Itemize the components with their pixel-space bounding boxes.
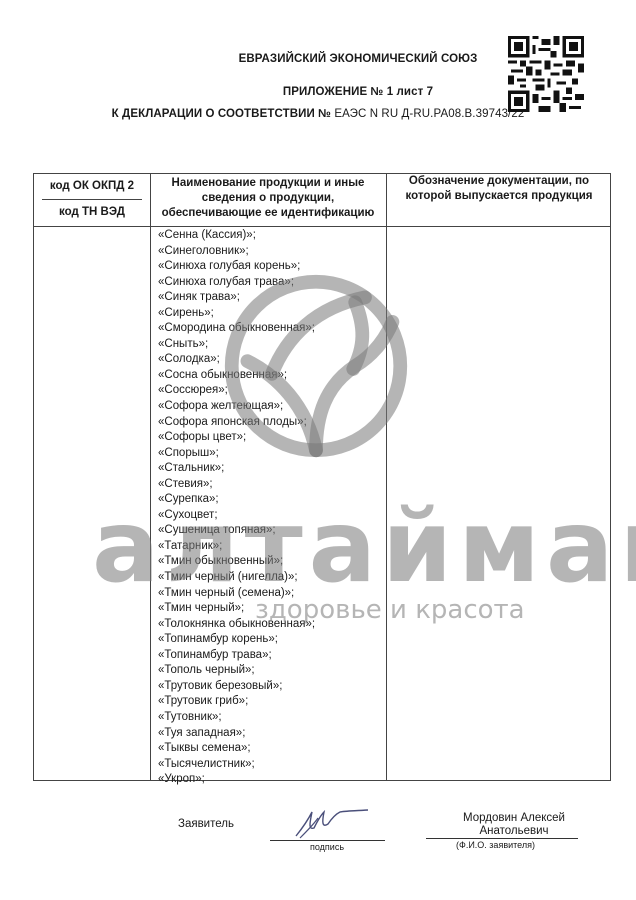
list-item: «Топинамбур корень»; [158,632,315,648]
signature-caption: подпись [310,842,344,852]
list-item: «Смородина обыкновенная»; [158,321,315,337]
product-table: код ОК ОКПД 2 код ТН ВЭД Наименование пр… [33,173,611,781]
list-item: «Синюха голубая корень»; [158,259,315,275]
signature-line [270,840,385,841]
list-item: «Синюха голубая трава»; [158,275,315,291]
list-item: «Софора желтеющая»; [158,399,315,415]
header-divider [34,226,610,227]
list-item: «Спорыш»; [158,446,315,462]
list-item: «Сухоцвет; [158,508,315,524]
list-item: «Укроп»; [158,772,315,788]
list-item: «Сурепка»; [158,492,315,508]
list-item: «Сушеница топяная»; [158,523,315,539]
list-item: «Туя западная»; [158,726,315,742]
signature-icon [292,806,372,840]
list-item: «Топинамбур трава»; [158,648,315,664]
list-item: «Тыквы семена»; [158,741,315,757]
list-item: «Синеголовник»; [158,244,315,260]
list-item: «Тмин обыкновенный»; [158,554,315,570]
column-divider [150,174,151,780]
list-item: «Тмин черный (семена)»; [158,586,315,602]
list-item: «Тысячелистник»; [158,757,315,773]
list-item: «Татарник»; [158,539,315,555]
list-item: «Стальник»; [158,461,315,477]
list-item: «Тутовник»; [158,710,315,726]
list-item: «Софора японская плоды»; [158,415,315,431]
qr-code-icon [508,36,584,112]
name-caption: (Ф.И.О. заявителя) [456,840,535,850]
col-product-header: Наименование продукции и иные сведения о… [154,176,382,221]
applicant-name-line1: Мордовин Алексей [440,812,588,825]
header-fraction-line [42,199,142,200]
list-item: «Тмин черный»; [158,601,315,617]
applicant-name: Мордовин Алексей Анатольевич [440,812,588,838]
declaration-prefix: К ДЕКЛАРАЦИИ О СООТВЕТСТВИИ № [112,108,331,120]
list-item: «Солодка»; [158,352,315,368]
applicant-label: Заявитель [178,818,234,830]
list-item: «Тополь черный»; [158,663,315,679]
name-line [426,838,578,839]
list-item: «Стевия»; [158,477,315,493]
list-item: «Трутовик березовый»; [158,679,315,695]
list-item: «Толокнянка обыкновенная»; [158,617,315,633]
declaration-number: ЕАЭС N RU Д-RU.РА08.В.39743/22 [334,108,524,120]
list-item: «Соссюрея»; [158,383,315,399]
list-item: «Сныть»; [158,337,315,353]
applicant-name-line2: Анатольевич [440,825,588,838]
list-item: «Трутовик гриб»; [158,694,315,710]
list-item: «Сенна (Кассия)»; [158,228,315,244]
list-item: «Сирень»; [158,306,315,322]
product-list: «Сенна (Кассия)»;«Синеголовник»;«Синюха … [158,228,315,788]
list-item: «Тмин черный (нигелла)»; [158,570,315,586]
list-item: «Софоры цвет»; [158,430,315,446]
col-okpd-header: код ОК ОКПД 2 [34,179,150,194]
list-item: «Синяк трава»; [158,290,315,306]
col-documentation-header: Обозначение документации, по которой вып… [390,174,608,204]
column-divider [386,174,387,780]
col-tnved-header: код ТН ВЭД [34,205,150,220]
list-item: «Сосна обыкновенная»; [158,368,315,384]
